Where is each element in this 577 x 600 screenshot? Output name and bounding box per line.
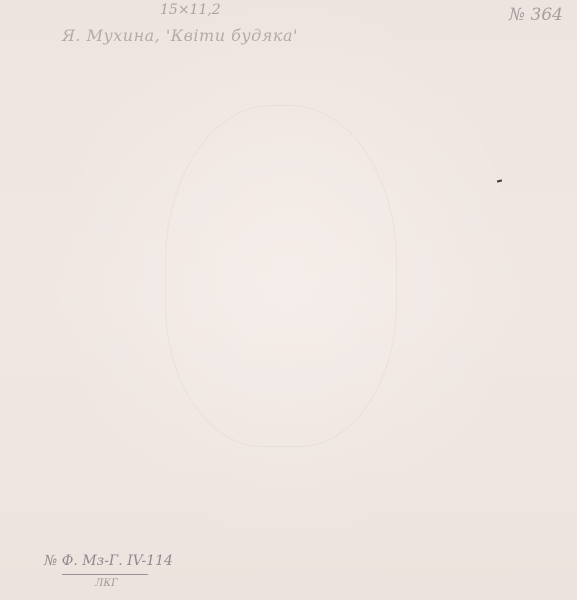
faint-show-through-outline [165,105,397,447]
title-inscription: Я. Мухина, 'Квіти будяка' [62,26,298,45]
dimensions-inscription: 15×11,2 [160,2,221,18]
catalog-sub-code: ЛКГ [95,578,118,589]
inventory-number: № 364 [509,5,563,25]
catalog-underline [62,574,148,575]
catalog-code: № Ф. Мз-Г. IV-114 [44,553,173,569]
